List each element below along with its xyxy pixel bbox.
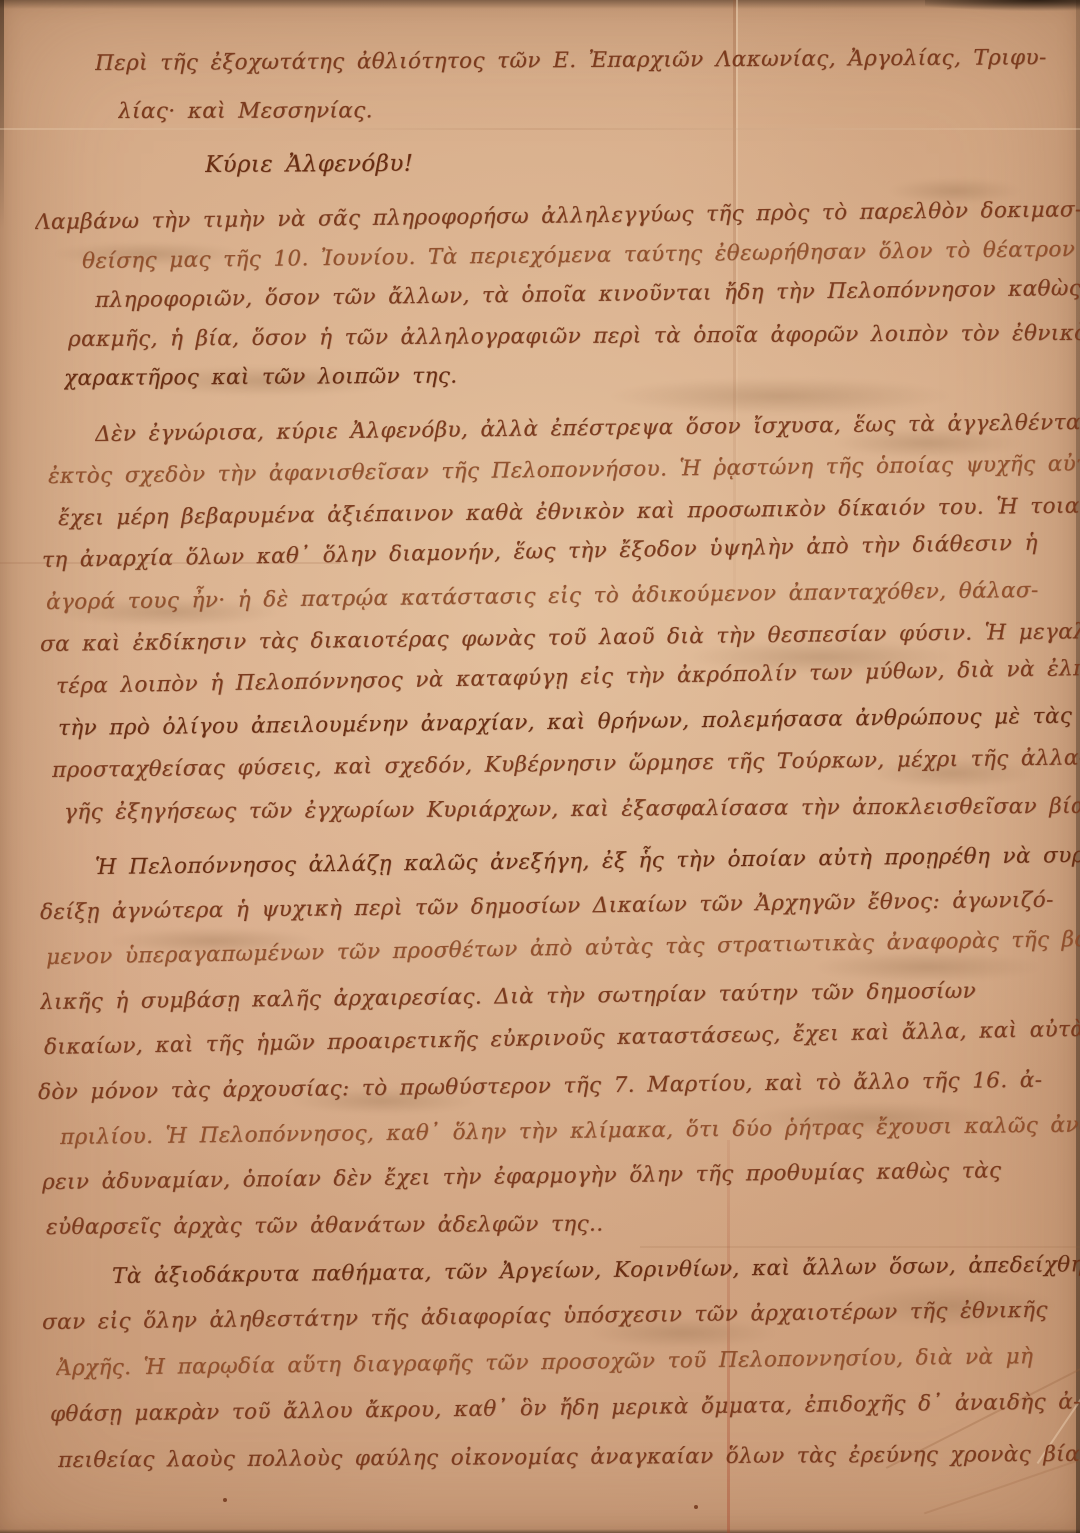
paragraph-1: Λαμβάνω τὴν τιμὴν νὰ σᾶς πληροφορήσω ἀλλ… (0, 203, 1080, 398)
manuscript-line: Περὶ τῆς ἐξοχωτάτης ἀθλιότητος τῶν Ε. Ἐπ… (95, 34, 1080, 88)
manuscript-line: Κύριε Ἀλφενόβυ! (205, 135, 1080, 190)
manuscript-line: πειθείας λαοὺς πολλοὺς φαύλης οἰκονομίας… (58, 1432, 1080, 1484)
letter-salutation: Κύριε Ἀλφενόβυ! (0, 140, 1080, 190)
manuscript-line: χαρακτῆρος καὶ τῶν λοιπῶν της. (64, 353, 1080, 398)
ink-dot (223, 1498, 227, 1502)
ink-dot (694, 1505, 698, 1509)
manuscript-line: λίας· καὶ Μεσσηνίας. (118, 85, 1080, 136)
paragraph-3: Ἡ Πελοπόννησος ἀλλάζῃ καλῶς ἀνεξήγη, ἐξ … (0, 845, 1080, 1250)
letter-page: Περὶ τῆς ἐξοχωτάτης ἀθλιότητος τῶν Ε. Ἐπ… (0, 0, 1080, 1533)
paragraph-4: Τὰ ἀξιοδάκρυτα παθήματα, τῶν Ἀργείων, Κο… (0, 1254, 1080, 1484)
manuscript-line: ρακμῆς, ἡ βία, ὅσον ἡ τῶν ἀλληλογραφιῶν … (68, 314, 1080, 359)
manuscript-line: γῆς ἐξηγήσεως τῶν ἐγχωρίων Κυριάρχων, κα… (64, 786, 1080, 834)
paper-bottom-edge-shadow (0, 1529, 1080, 1533)
manuscript-line: εὐθαρσεῖς ἀρχὰς τῶν ἀθανάτων ἀδελφῶν της… (46, 1199, 1080, 1250)
paragraph-2: Δὲν ἐγνώρισα, κύριε Ἀλφενόβυ, ἀλλὰ ἐπέστ… (0, 414, 1080, 834)
letter-heading: Περὶ τῆς ἐξοχωτάτης ἀθλιότητος τῶν Ε. Ἐπ… (0, 40, 1080, 136)
torn-top-right-corner (925, 0, 1080, 15)
torn-top-edge (0, 0, 1080, 9)
